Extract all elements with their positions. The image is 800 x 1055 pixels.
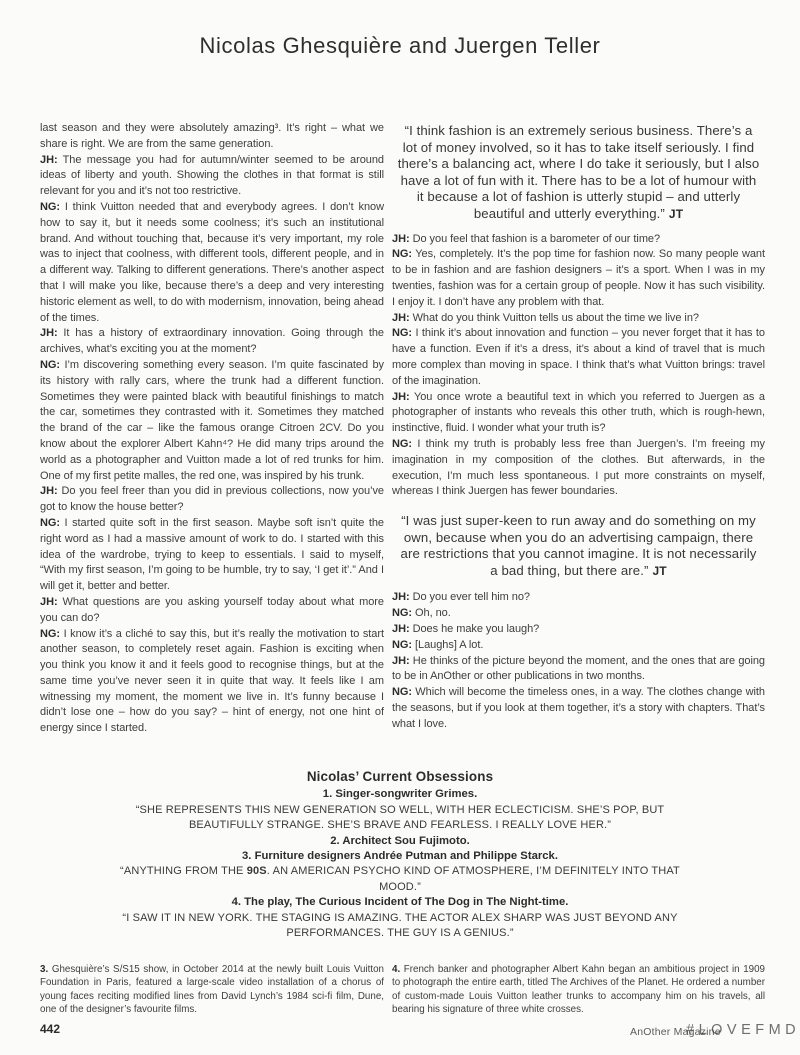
interview-left-column: last season and they were absolutely ama… <box>40 121 384 771</box>
dialogue-paragraph: JH: You once wrote a beautiful text in w… <box>392 390 765 437</box>
dialogue-paragraph: JH: What questions are you asking yourse… <box>40 595 384 627</box>
magazine-page: Nicolas Ghesquière and Juergen Teller la… <box>0 0 800 1055</box>
dialogue-paragraph: NG: [Laughs] A lot. <box>392 638 765 654</box>
pull-quote-1-text: “I think fashion is an extremely serious… <box>398 123 760 221</box>
obsession-heading: 4. The play, The Curious Incident of The… <box>80 895 720 910</box>
footnote-3: 3. Ghesquière’s S/S15 show, in October 2… <box>40 963 384 1017</box>
obsession-quote: “I SAW IT IN NEW YORK. THE STAGING IS AM… <box>100 911 700 942</box>
speaker-label: JH: <box>392 233 410 245</box>
obsessions-section: Nicolas’ Current Obsessions 1. Singer-so… <box>80 769 720 941</box>
right-dialogue-block-2: JH: Do you ever tell him no?NG: Oh, no.J… <box>392 590 765 732</box>
dialogue-paragraph: JH: What do you think Vuitton tells us a… <box>392 311 765 327</box>
speaker-label: JH: <box>40 154 58 166</box>
dialogue-paragraph: NG: I think Vuitton needed that and ever… <box>40 200 384 326</box>
obsessions-title: Nicolas’ Current Obsessions <box>80 769 720 784</box>
speaker-label: JH: <box>40 596 58 608</box>
dialogue-paragraph: NG: Oh, no. <box>392 606 765 622</box>
dialogue-paragraph: JH: Do you feel that fashion is a barome… <box>392 232 765 248</box>
speaker-label: JH: <box>392 591 410 603</box>
obsessions-list: 1. Singer-songwriter Grimes.“SHE REPRESE… <box>80 787 720 941</box>
obsession-heading: 1. Singer-songwriter Grimes. <box>80 787 720 802</box>
speaker-label: JH: <box>392 623 410 635</box>
pull-quote-2: “I was just super-keen to run away and d… <box>396 513 761 579</box>
dialogue-paragraph: NG: Yes, completely. It’s the pop time f… <box>392 247 765 310</box>
dialogue-paragraph: JH: Do you feel freer than you did in pr… <box>40 484 384 516</box>
dialogue-paragraph: NG: I think my truth is probably less fr… <box>392 437 765 500</box>
dialogue-paragraph: NG: I’m discovering something every seas… <box>40 358 384 484</box>
obsession-heading: 2. Architect Sou Fujimoto. <box>80 834 720 849</box>
speaker-label: NG: <box>392 607 412 619</box>
article-title: Nicolas Ghesquière and Juergen Teller <box>0 33 800 59</box>
speaker-label: NG: <box>392 686 412 698</box>
speaker-label: NG: <box>40 628 60 640</box>
footnote-text: 3. Ghesquière’s S/S15 show, in October 2… <box>40 963 384 1017</box>
right-dialogue-block-1: JH: Do you feel that fashion is a barome… <box>392 232 765 501</box>
speaker-label: JH: <box>40 485 58 497</box>
footnote-text: 4. French banker and photographer Albert… <box>392 963 765 1017</box>
speaker-label: NG: <box>40 359 60 371</box>
speaker-label: NG: <box>392 438 412 450</box>
speaker-label: NG: <box>40 201 60 213</box>
dialogue-paragraph: last season and they were absolutely ama… <box>40 121 384 153</box>
obsession-quote: “ANYTHING FROM THE 90S. AN AMERICAN PSYC… <box>100 864 700 895</box>
dialogue-paragraph: JH: Do you ever tell him no? <box>392 590 765 606</box>
pull-quote-2-attribution: JT <box>653 564 667 578</box>
pull-quote-1: “I think fashion is an extremely serious… <box>396 123 761 223</box>
dialogue-paragraph: JH: It has a history of extraordinary in… <box>40 326 384 358</box>
dialogue-paragraph: NG: Which will become the timeless ones,… <box>392 685 765 732</box>
dialogue-paragraph: NG: I started quite soft in the first se… <box>40 516 384 595</box>
pull-quote-1-attribution: JT <box>669 207 683 221</box>
page-number: 442 <box>40 1022 60 1036</box>
speaker-label: NG: <box>40 517 60 529</box>
interview-right-column: “I think fashion is an extremely serious… <box>392 121 765 771</box>
speaker-label: JH: <box>392 312 410 324</box>
speaker-label: JH: <box>392 655 410 667</box>
pull-quote-2-text: “I was just super-keen to run away and d… <box>401 513 757 578</box>
dialogue-paragraph: NG: I think it’s about innovation and fu… <box>392 326 765 389</box>
dialogue-paragraph: JH: He thinks of the picture beyond the … <box>392 654 765 686</box>
obsession-heading: 3. Furniture designers Andrée Putman and… <box>80 849 720 864</box>
speaker-label: NG: <box>392 327 412 339</box>
speaker-label: JH: <box>392 391 410 403</box>
dialogue-paragraph: NG: I know it’s a cliché to say this, bu… <box>40 627 384 738</box>
speaker-label: JH: <box>40 327 58 339</box>
speaker-label: NG: <box>392 248 412 260</box>
obsession-quote: “SHE REPRESENTS THIS NEW GENERATION SO W… <box>100 803 700 834</box>
footnote-4: 4. French banker and photographer Albert… <box>392 963 765 1017</box>
dialogue-paragraph: JH: The message you had for autumn/winte… <box>40 153 384 200</box>
speaker-label: NG: <box>392 639 412 651</box>
dialogue-paragraph: JH: Does he make you laugh? <box>392 622 765 638</box>
watermark: #LOVEFMD <box>686 1022 800 1038</box>
